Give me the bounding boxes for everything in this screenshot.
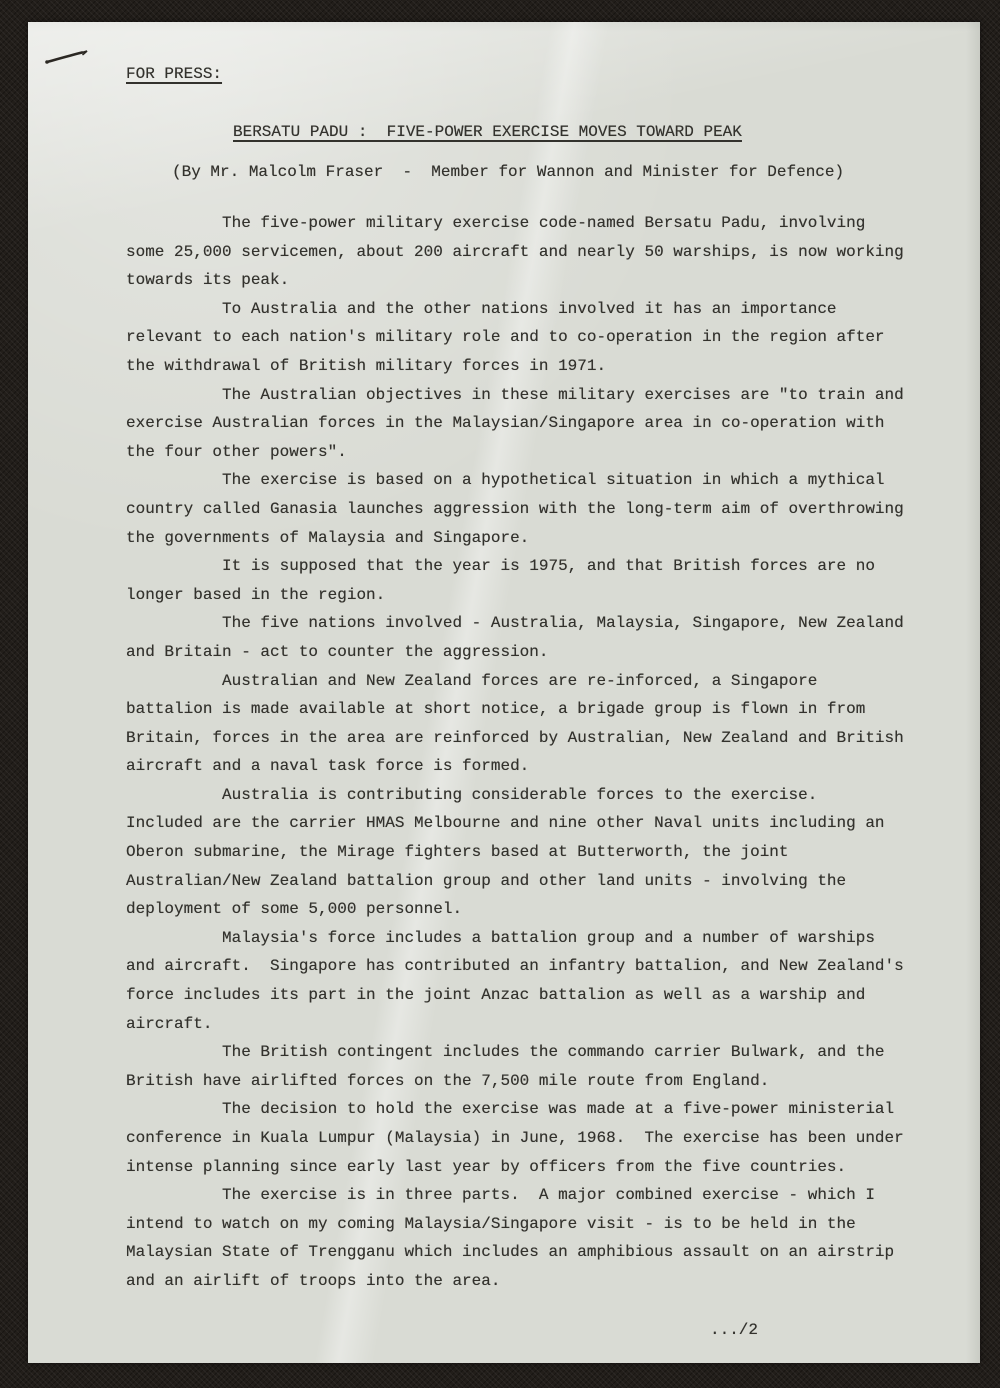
paragraph: The exercise is in three parts. A major … — [126, 1181, 904, 1295]
pen-mark — [44, 46, 98, 66]
body-text: The five-power military exercise code-na… — [126, 209, 904, 1296]
page-number: .../2 — [126, 1320, 904, 1340]
paragraph: The British contingent includes the comm… — [126, 1038, 904, 1095]
paragraph: It is supposed that the year is 1975, an… — [126, 552, 904, 609]
paragraph: To Australia and the other nations invol… — [126, 295, 904, 381]
document-title-text: BERSATU PADU : FIVE-POWER EXERCISE MOVES… — [233, 123, 742, 141]
classification-line: FOR PRESS: — [126, 64, 904, 84]
document-title: BERSATU PADU : FIVE-POWER EXERCISE MOVES… — [233, 122, 904, 142]
paragraph: The five nations involved - Australia, M… — [126, 609, 904, 666]
typewritten-page: FOR PRESS: BERSATU PADU : FIVE-POWER EXE… — [28, 22, 980, 1363]
paragraph: Australia is contributing considerable f… — [126, 781, 904, 924]
paragraph: The five-power military exercise code-na… — [126, 209, 904, 295]
paragraph: The decision to hold the exercise was ma… — [126, 1095, 904, 1181]
photographed-document-page: { "document": { "classification": "FOR P… — [0, 0, 1000, 1388]
byline: (By Mr. Malcolm Fraser - Member for Wann… — [172, 162, 904, 182]
paragraph: The Australian objectives in these milit… — [126, 381, 904, 467]
classification-text: FOR PRESS: — [126, 65, 222, 83]
paragraph: Australian and New Zealand forces are re… — [126, 667, 904, 781]
paragraph: The exercise is based on a hypothetical … — [126, 466, 904, 552]
paragraph: Malaysia's force includes a battalion gr… — [126, 924, 904, 1038]
